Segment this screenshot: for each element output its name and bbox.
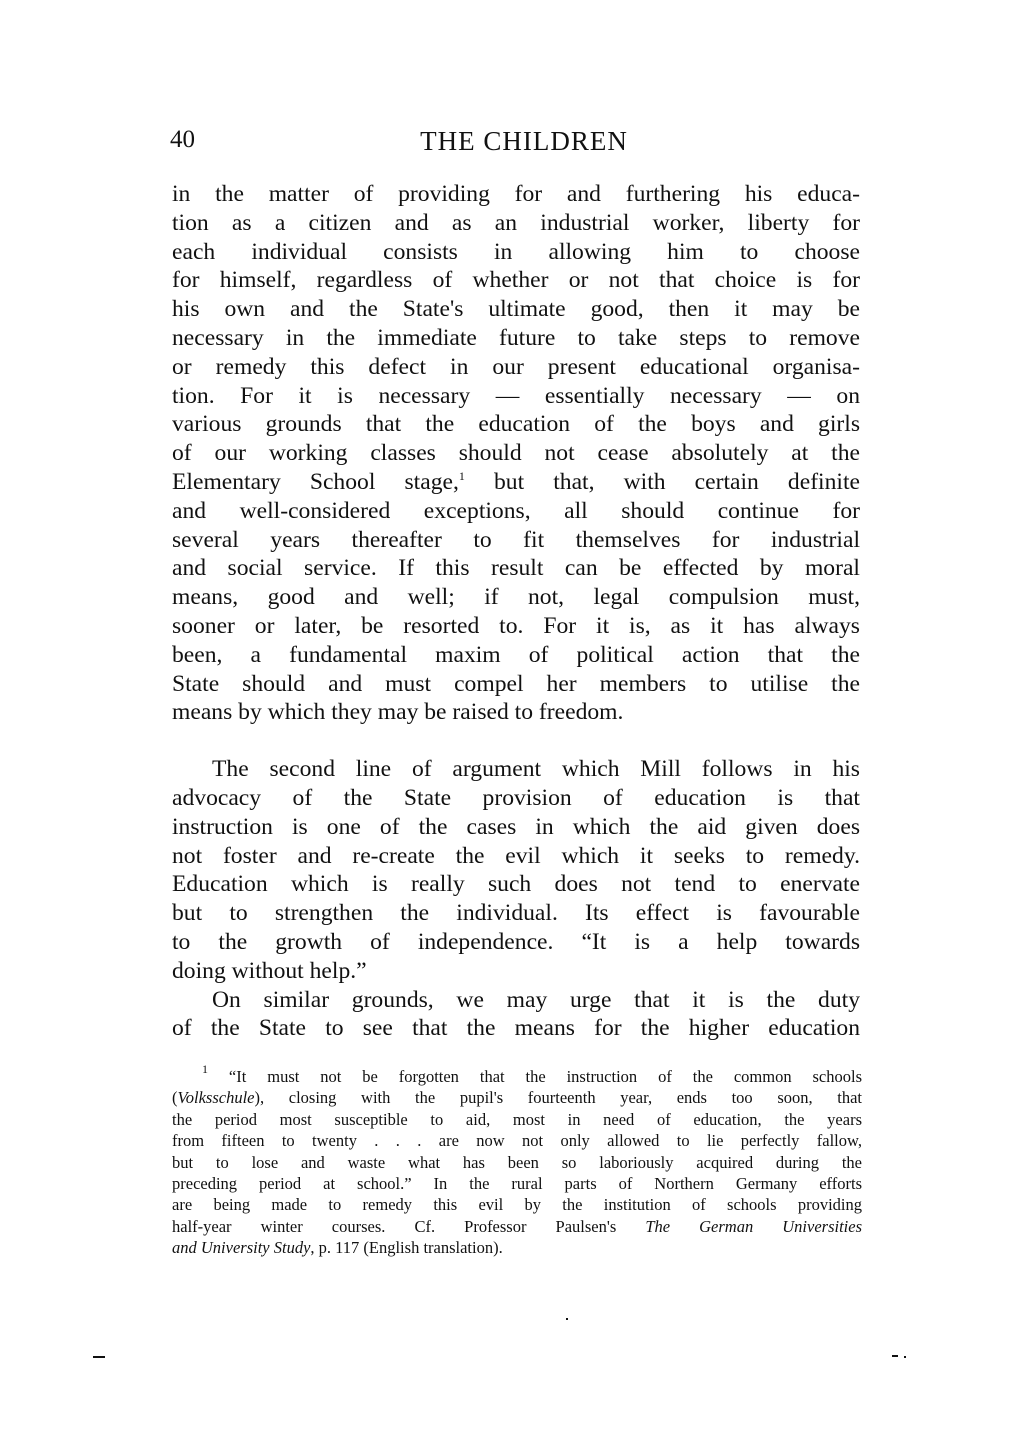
text-line: and well-considered exceptions, all shou… xyxy=(172,497,860,526)
body-text: in the matter of providing for and furth… xyxy=(172,180,860,1043)
text-line: The second line of argument which Mill f… xyxy=(172,755,860,784)
text-line: been, a fundamental maxim of political a… xyxy=(172,641,860,670)
text-line: means by which they may be raised to fre… xyxy=(172,698,860,727)
text-line: State should and must compel her members… xyxy=(172,670,860,699)
text-line: his own and the State's ultimate good, t… xyxy=(172,295,860,324)
text-line-with-footnote-ref: Elementary School stage,1 but that, with… xyxy=(172,468,860,497)
text-segment: but that, with certain definite xyxy=(465,469,860,495)
footnote-line: (Volksschule), closing with the pupil's … xyxy=(172,1087,862,1108)
paragraph-gap xyxy=(172,727,860,755)
scan-mark xyxy=(904,1356,906,1358)
footnote-line: half-year winter courses. Cf. Professor … xyxy=(172,1216,862,1237)
running-head: THE CHILDREN xyxy=(170,126,860,157)
text-line: tion as a citizen and as an industrial w… xyxy=(172,209,860,238)
footnote-line: 1 “It must not be forgotten that the ins… xyxy=(172,1066,862,1087)
text-line: advocacy of the State provision of educa… xyxy=(172,784,860,813)
text-segment: Elementary School stage, xyxy=(172,469,459,495)
page-header: 40 THE CHILDREN xyxy=(170,126,860,160)
text-line: but to strengthen the individual. Its ef… xyxy=(172,899,860,928)
italic-title: The German Universities xyxy=(645,1217,862,1236)
text-line: of our working classes should not cease … xyxy=(172,439,860,468)
text-line: Education which is really such does not … xyxy=(172,870,860,899)
italic-title: Volksschule xyxy=(178,1088,255,1107)
scan-mark xyxy=(892,1355,898,1357)
footnote-line: but to lose and waste what has been so l… xyxy=(172,1152,862,1173)
text-segment: “It must not be forgotten that the instr… xyxy=(229,1067,862,1086)
text-line: several years thereafter to fit themselv… xyxy=(172,526,860,555)
footnote-line: from fifteen to twenty . . . are now not… xyxy=(172,1130,862,1151)
footnote: 1 “It must not be forgotten that the ins… xyxy=(172,1066,862,1259)
footnote-line: preceding period at school.” In the rura… xyxy=(172,1173,862,1194)
text-line: various grounds that the education of th… xyxy=(172,410,860,439)
scan-mark xyxy=(93,1356,105,1358)
italic-title: and University Study xyxy=(172,1238,310,1257)
text-line: and social service. If this result can b… xyxy=(172,554,860,583)
text-line: of the State to see that the means for t… xyxy=(172,1014,860,1043)
footnote-line: the period most susceptible to aid, most… xyxy=(172,1109,862,1130)
text-line: doing without help.” xyxy=(172,957,860,986)
text-line: means, good and well; if not, legal comp… xyxy=(172,583,860,612)
paragraph-2: The second line of argument which Mill f… xyxy=(172,755,860,985)
footnote-line: are being made to remedy this evil by th… xyxy=(172,1194,862,1215)
text-line: to the growth of independence. “It is a … xyxy=(172,928,860,957)
text-line: not foster and re-create the evil which … xyxy=(172,842,860,871)
text-line: in the matter of providing for and furth… xyxy=(172,180,860,209)
footnote-line: and University Study, p. 117 (English tr… xyxy=(172,1237,862,1258)
text-line: for himself, regardless of whether or no… xyxy=(172,266,860,295)
text-line: each individual consists in allowing him… xyxy=(172,238,860,267)
text-line: necessary in the immediate future to tak… xyxy=(172,324,860,353)
text-line: On similar grounds, we may urge that it … xyxy=(172,986,860,1015)
footnote-marker: 1 xyxy=(202,1062,208,1076)
text-line: tion. For it is necessary — essentially … xyxy=(172,382,860,411)
paragraph-3: On similar grounds, we may urge that it … xyxy=(172,986,860,1044)
text-line: instruction is one of the cases in which… xyxy=(172,813,860,842)
paragraph-1: in the matter of providing for and furth… xyxy=(172,180,860,727)
scan-mark xyxy=(566,1318,568,1320)
text-line: sooner or later, be resorted to. For it … xyxy=(172,612,860,641)
text-line: or remedy this defect in our present edu… xyxy=(172,353,860,382)
